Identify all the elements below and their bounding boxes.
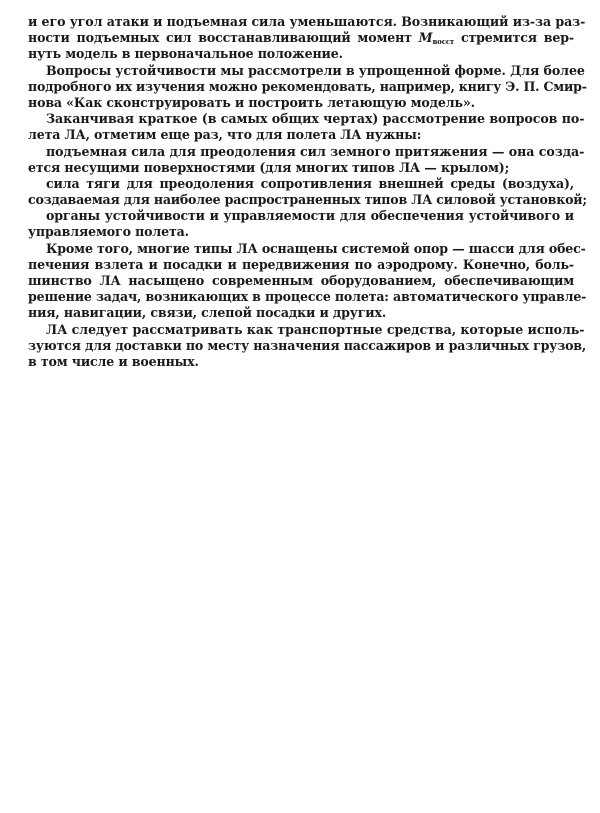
paragraph-summary-intro: Заканчивая краткое (в самых общих чертах…: [28, 111, 574, 143]
moment-letter: M: [419, 30, 433, 45]
paragraph-transport-means: ЛА следует рассматривать как транспортны…: [28, 322, 574, 371]
paragraph-restoring-moment: и его угол атаки и подъемная сила уменьш…: [28, 14, 574, 63]
text-line: органы устойчивости и управляемости для …: [28, 208, 574, 224]
text-line: Вопросы устойчивости мы рассмотрели в уп…: [28, 63, 574, 79]
text-line: Заканчивая краткое (в самых общих чертах…: [28, 111, 574, 127]
text-line: зуются для доставки по месту назначения …: [28, 338, 574, 354]
text-line: сила тяги для преодоления сопротивления …: [28, 176, 574, 192]
text-line: и его угол атаки и подъемная сила уменьш…: [28, 14, 574, 30]
text-line: шинство ЛА насыщено современным оборудов…: [28, 273, 574, 289]
text-line: в том числе и военных.: [28, 354, 574, 370]
text-segment: ности подъемных сил восстанавливающий мо…: [28, 30, 412, 45]
moment-subscript: восст: [432, 37, 454, 46]
paragraph-thrust-force: сила тяги для преодоления сопротивления …: [28, 176, 574, 208]
text-line: нуть модель в первоначальное положение.: [28, 46, 574, 62]
moment-symbol: Mвосст: [419, 30, 454, 45]
text-line: нова «Как сконструировать и построить ле…: [28, 95, 574, 111]
paragraph-control-organs: органы устойчивости и управляемости для …: [28, 208, 574, 240]
text-line: ЛА следует рассматривать как транспортны…: [28, 322, 574, 338]
paragraph-stability-questions: Вопросы устойчивости мы рассмотрели в уп…: [28, 63, 574, 112]
text-line: ния, навигации, связи, слепой посадки и …: [28, 305, 574, 321]
document-page: и его угол атаки и подъемная сила уменьш…: [28, 14, 574, 370]
paragraph-lift-force: подъемная сила для преодоления сил земно…: [28, 144, 574, 176]
paragraph-landing-gear-equipment: Кроме того, многие типы ЛА оснащены сист…: [28, 241, 574, 322]
text-line-with-formula: ности подъемных сил восстанавливающий мо…: [28, 30, 574, 46]
text-line: управляемого полета.: [28, 224, 574, 240]
text-line: подъемная сила для преодоления сил земно…: [28, 144, 574, 160]
text-line: подробного их изучения можно рекомендова…: [28, 79, 574, 95]
text-line: ется несущими поверхностями (для многих …: [28, 160, 574, 176]
text-line: создаваемая для наиболее распространенны…: [28, 192, 574, 208]
text-line: печения взлета и посадки и передвижения …: [28, 257, 574, 273]
text-line: лета ЛА, отметим еще раз, что для полета…: [28, 127, 574, 143]
text-line: решение задач, возникающих в процессе по…: [28, 289, 574, 305]
text-line: Кроме того, многие типы ЛА оснащены сист…: [28, 241, 574, 257]
text-segment: стремится вер-: [461, 30, 574, 45]
